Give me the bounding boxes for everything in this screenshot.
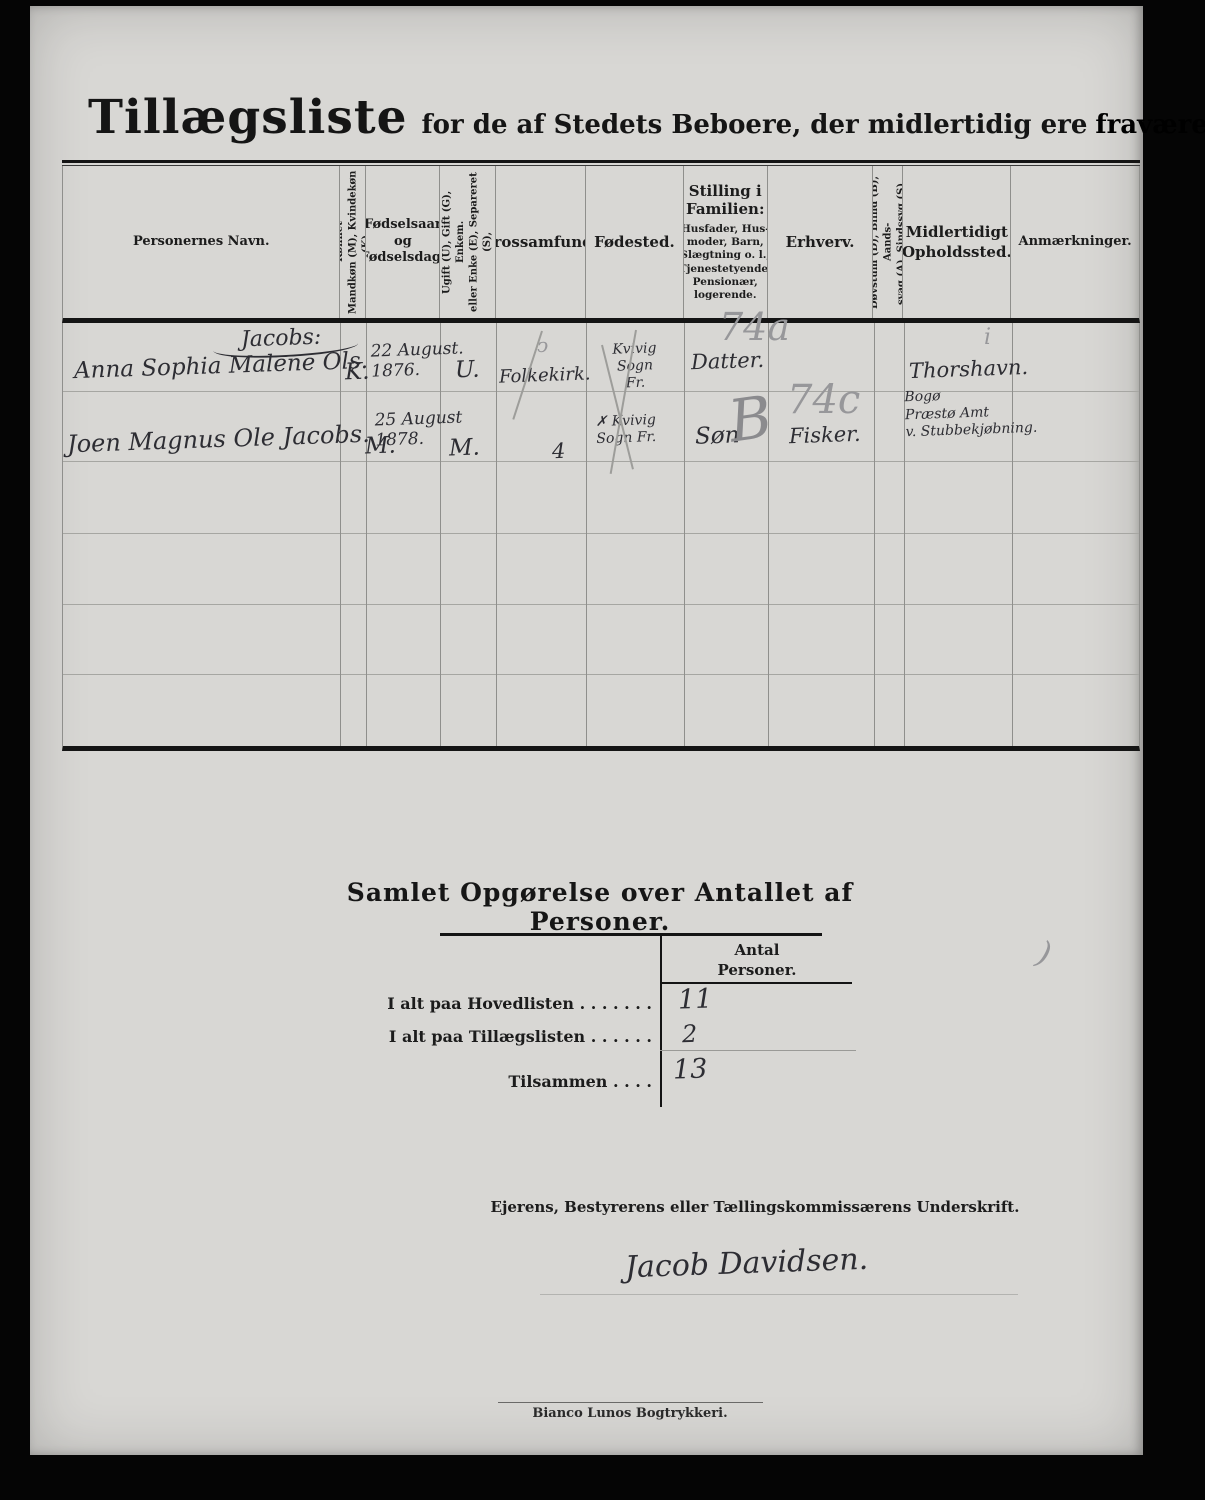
footer-rule xyxy=(498,1402,763,1403)
paper-sheet: Tillægslistefor de af Stedets Beboere, d… xyxy=(30,6,1143,1455)
header-disability: Døvstum (D), Blind (B), Aands- svag (A),… xyxy=(873,166,903,318)
page-title: Tillægslistefor de af Stedets Beboere, d… xyxy=(88,90,1205,145)
header-faith-label: Trossamfund. xyxy=(496,232,586,252)
signature-label: Ejerens, Bestyrerens eller Tællingskommi… xyxy=(455,1198,1055,1216)
row1-family-position: Datter. xyxy=(691,348,765,376)
page-title-emphasis: fraværende. xyxy=(1095,110,1205,140)
pencil-mark-paren: ) xyxy=(1032,933,1056,973)
summary-label-tilsammen: Tilsammen . . . . xyxy=(300,1072,652,1091)
summary-top-rule xyxy=(440,933,822,936)
row2-residence: Bogø Præstø Amt v. Stubbekjøbning. xyxy=(904,385,1037,442)
header-occupation: Erhverv. xyxy=(768,166,874,318)
summary-title: Samlet Opgørelse over Antallet af Person… xyxy=(280,878,920,936)
row2-name: Joen Magnus Ole Jacobs. xyxy=(67,420,371,459)
pencil-mark-b: B xyxy=(724,382,776,455)
table-top-rule xyxy=(62,160,1140,163)
summary-value-tillaegslisten: 2 xyxy=(682,1020,698,1049)
signature-handwriting: Jacob Davidsen. xyxy=(624,1242,868,1286)
header-sex-label: Kønnet Mandkøn (M), Kvindekøn (K). xyxy=(340,169,366,315)
header-residence-label: Midlertidigt Opholdssted. xyxy=(903,222,1011,263)
summary-col-header: Antal Personer. xyxy=(662,941,852,980)
header-disability-label: Døvstum (D), Blind (B), Aands- svag (A),… xyxy=(873,169,903,315)
row2-marital: M. xyxy=(449,434,481,463)
row1-faith: Folkekirk. xyxy=(499,363,591,388)
header-name-label: Personernes Navn. xyxy=(133,234,270,251)
signature-line xyxy=(540,1294,1018,1295)
header-birthplace: Fødested. xyxy=(586,166,684,318)
header-family-title: Stilling i Familien: xyxy=(686,182,765,218)
row1-marital: U. xyxy=(455,357,481,385)
header-remarks-label: Anmærkninger. xyxy=(1018,234,1131,251)
header-birthplace-label: Fødested. xyxy=(594,232,675,252)
summary-value-tilsammen: 13 xyxy=(672,1053,707,1087)
header-marital-label: Ægteskabelig Stilling. Ugift (U), Gift (… xyxy=(440,169,496,315)
row1-residence: Thorshavn. xyxy=(909,355,1029,384)
row2-occupation: Fisker. xyxy=(789,422,861,450)
summary-label-tillaegslisten: I alt paa Tillægslisten . . . . . . xyxy=(300,1027,652,1046)
summary-value-hovedlisten: 11 xyxy=(677,983,712,1017)
header-faith: Trossamfund. xyxy=(496,166,586,318)
header-marital: Ægteskabelig Stilling. Ugift (U), Gift (… xyxy=(440,166,496,318)
pencil-mark-i: i xyxy=(984,325,991,350)
header-sex: Kønnet Mandkøn (M), Kvindekøn (K). xyxy=(340,166,366,318)
pencil-mark-74a: 74a xyxy=(719,305,790,349)
summary-sum-rule xyxy=(660,1050,856,1051)
census-table: Personernes Navn. Kønnet Mandkøn (M), Kv… xyxy=(62,160,1140,751)
page-title-rest: for de af Stedets Beboere, der midlertid… xyxy=(421,110,1087,140)
row2-faith: 4 xyxy=(552,439,566,465)
row1-birth: 22 August. 1876. xyxy=(370,338,464,382)
page-title-main: Tillægsliste xyxy=(88,90,407,145)
header-residence: Midlertidigt Opholdssted. xyxy=(903,166,1011,318)
table-body: Jacobs: Anna Sophia Malene Ols. K. 22 Au… xyxy=(62,323,1140,751)
header-name: Personernes Navn. xyxy=(63,166,340,318)
scanned-census-page: Tillægslistefor de af Stedets Beboere, d… xyxy=(0,0,1205,1500)
printer-imprint: Bianco Lunos Bogtrykkeri. xyxy=(420,1406,840,1421)
table-header-row: Personernes Navn. Kønnet Mandkøn (M), Kv… xyxy=(62,166,1140,323)
header-remarks: Anmærkninger. xyxy=(1011,166,1139,318)
header-family-position: Stilling i Familien: Husfader, Hus- mode… xyxy=(684,166,768,318)
summary-label-hovedlisten: I alt paa Hovedlisten . . . . . . . xyxy=(300,994,652,1013)
header-birth: Fødselsaar og Fødselsdag. xyxy=(366,166,440,318)
row1-sex: K. xyxy=(345,359,370,387)
header-birth-label: Fødselsaar og Fødselsdag. xyxy=(366,217,440,268)
pencil-mark-74c: 74c xyxy=(787,377,860,423)
header-occupation-label: Erhverv. xyxy=(786,232,855,252)
row1-name: Anna Sophia Malene Ols. xyxy=(74,348,369,386)
header-family-sub: Husfader, Hus- moder, Barn, Slægtning o.… xyxy=(684,223,768,302)
